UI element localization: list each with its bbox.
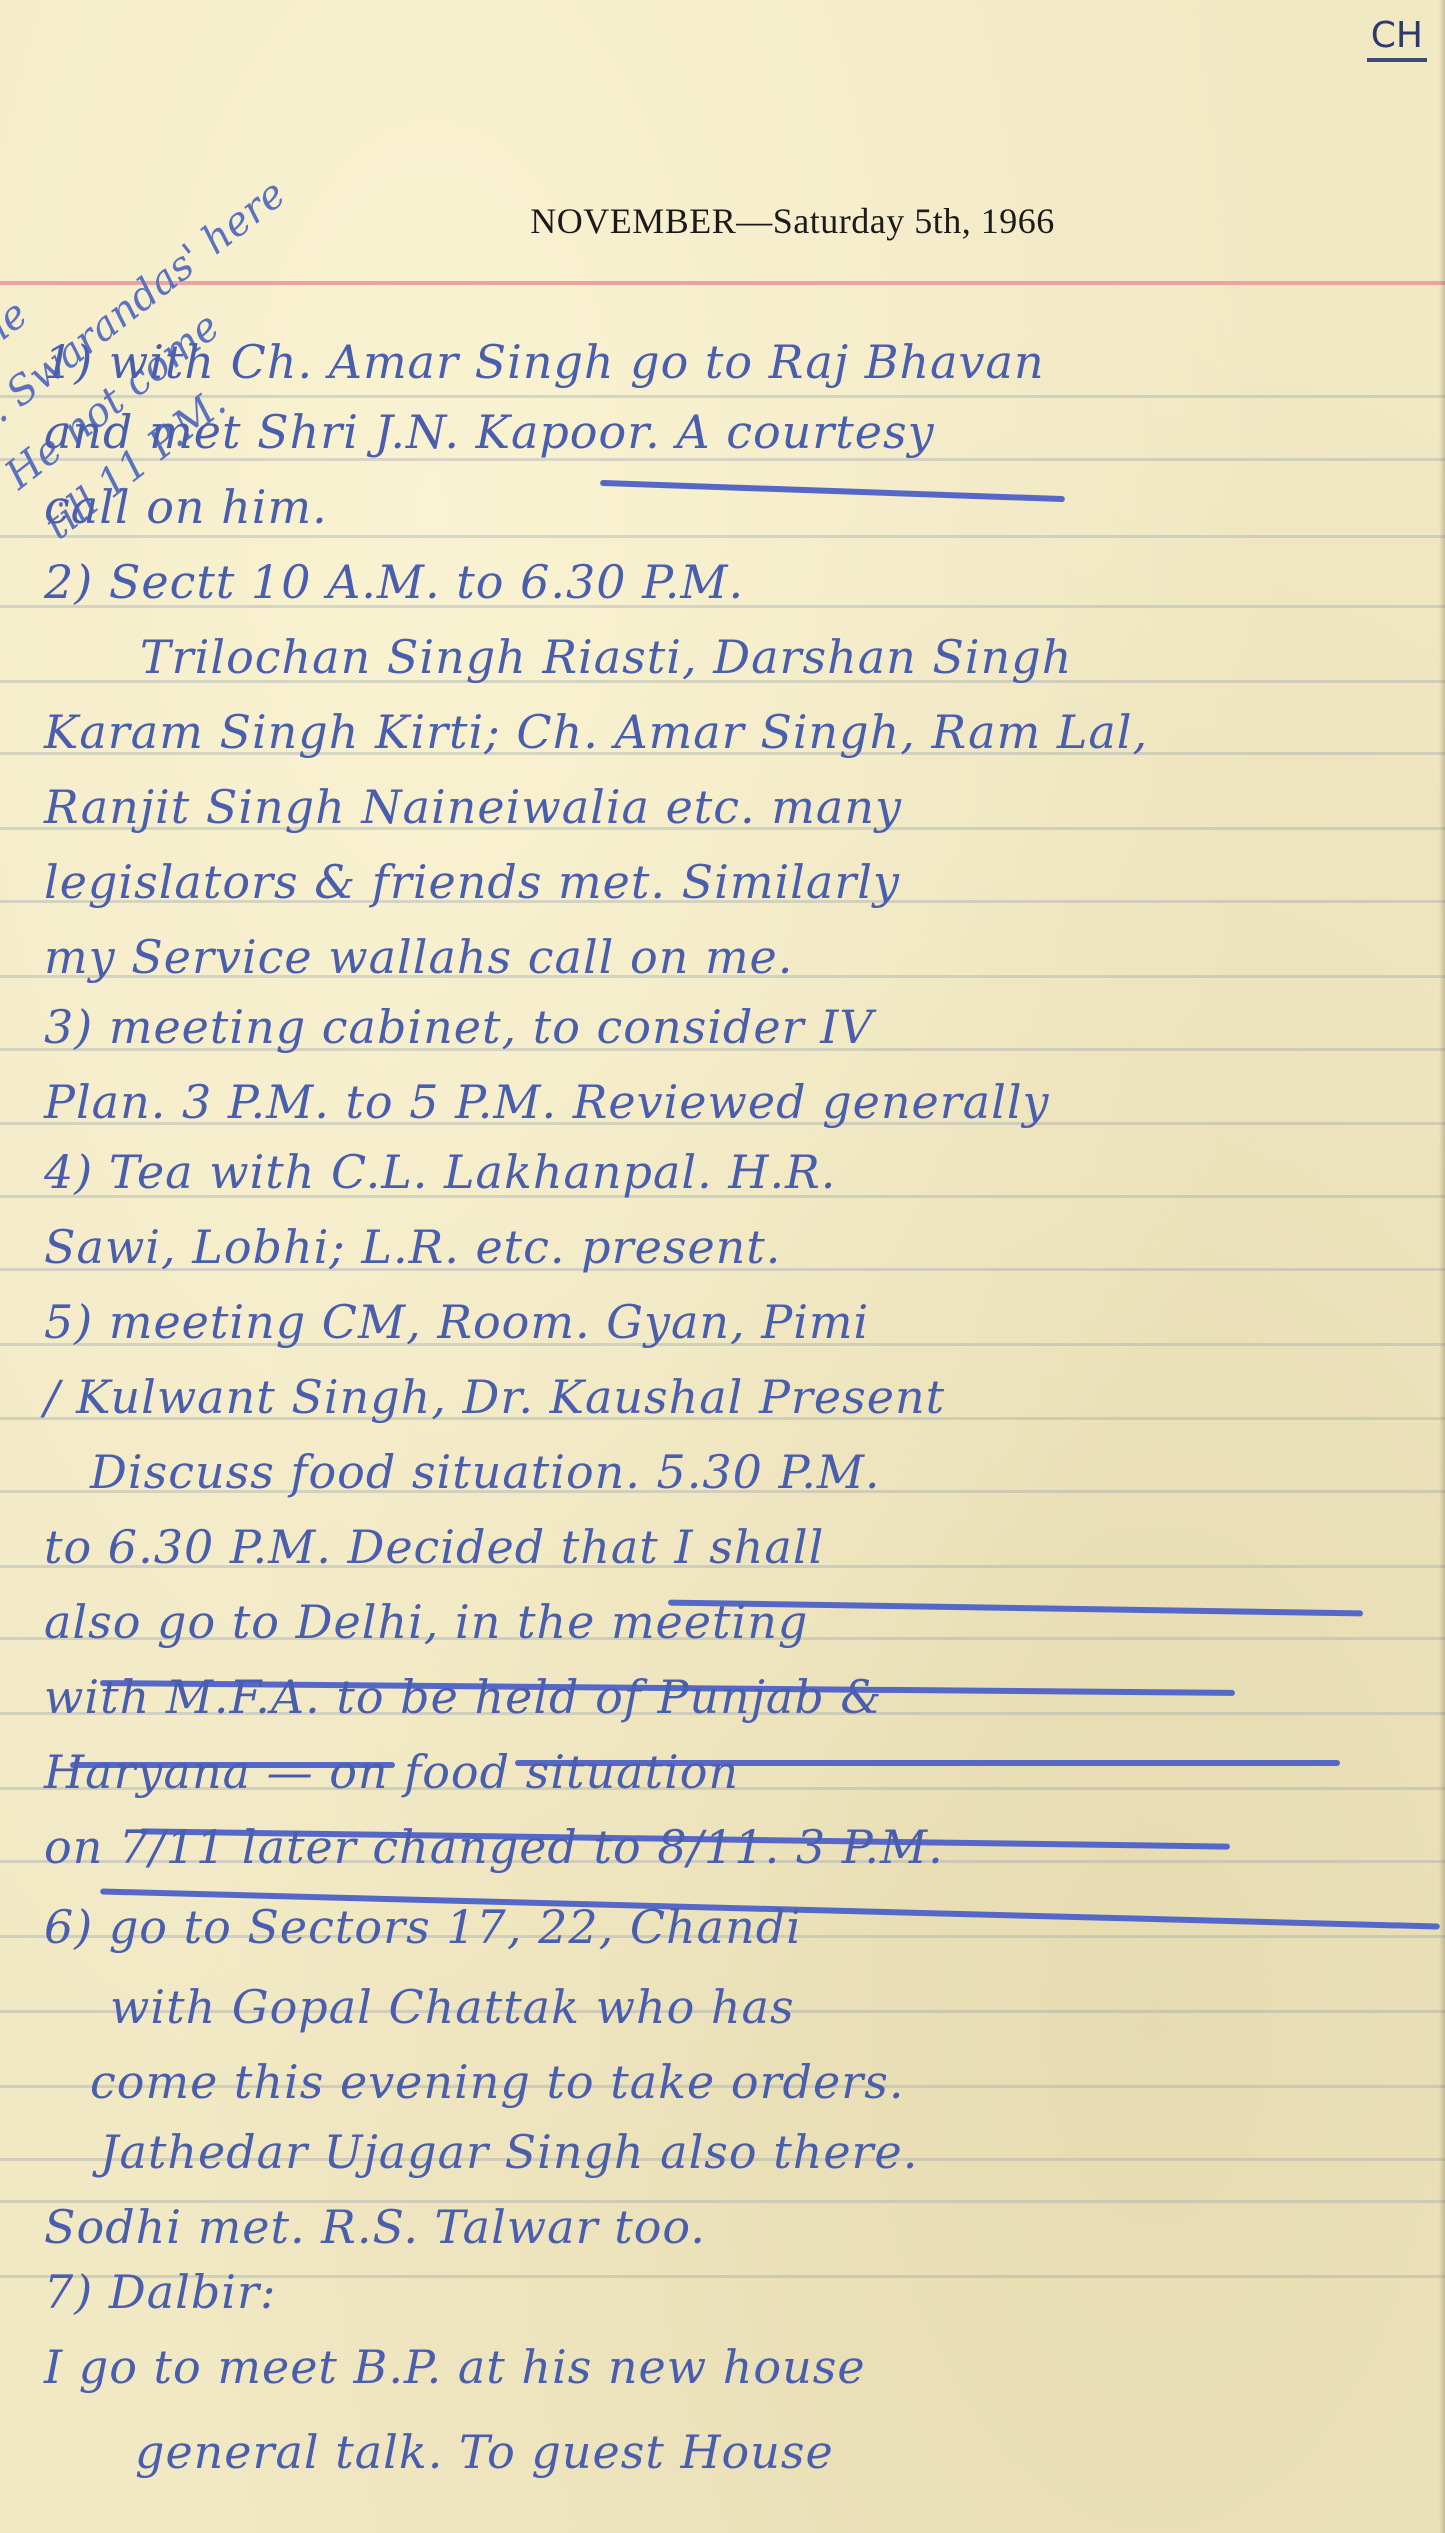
handwritten-line: to 6.30 P.M. Decided that I shall [44,1520,824,1574]
page-edge-shadow [1439,0,1445,2533]
handwritten-line: legislators & friends met. Similarly [44,855,900,909]
handwritten-line: 7) Dalbir: [44,2265,277,2319]
handwritten-line: Trilochan Singh Riasti, Darshan Singh [140,630,1072,684]
handwritten-line: Sodhi met. R.S. Talwar too. [44,2200,706,2254]
handwritten-line: 6) go to Sectors 17, 22, Chandi [44,1900,802,1954]
handwritten-line: 5) meeting CM, Room. Gyan, Pimi [44,1295,869,1349]
ruled-line [0,535,1445,538]
diagonal-margin-note: to me S. Swarandas' here He not come til… [0,0,637,556]
handwritten-line: Sawi, Lobhi; L.R. etc. present. [44,1220,781,1274]
handwritten-line: Plan. 3 P.M. to 5 P.M. Reviewed generall… [44,1075,1050,1129]
handwritten-line: 4) Tea with C.L. Lakhanpal. H.R. [44,1145,836,1199]
handwritten-line: Jathedar Ujagar Singh also there. [100,2125,918,2179]
handwritten-line: with Gopal Chattak who has [110,1980,795,2034]
diary-page: CH NOVEMBER—Saturday 5th, 1966 to me S. … [0,0,1445,2533]
handwritten-line: and met Shri J.N. Kapoor. A courtesy [44,405,935,459]
handwritten-line: Karam Singh Kirti; Ch. Amar Singh, Ram L… [44,705,1148,759]
handwritten-line: 1) with Ch. Amar Singh go to Raj Bhavan [44,335,1045,389]
handwritten-line: 2) Sectt 10 A.M. to 6.30 P.M. [44,555,744,609]
underline [600,480,1065,502]
handwritten-line: I go to meet B.P. at his new house [44,2340,866,2394]
handwritten-line: 3) meeting cabinet, to consider IV [44,1000,874,1054]
handwritten-line: also go to Delhi, in the meeting [44,1595,808,1649]
corner-initials: CH [1367,14,1427,62]
handwritten-line: Haryana — on food situation [44,1745,739,1799]
handwritten-line: my Service wallahs call on me. [44,930,793,984]
handwritten-line: come this evening to take orders. [90,2055,904,2109]
handwritten-line: call on him. [44,480,328,534]
handwritten-line: Ranjit Singh Naineiwalia etc. many [44,780,902,834]
handwritten-line: with M.F.A. to be held of Punjab & [44,1670,882,1724]
handwritten-line: on 7/11 later changed to 8/11. 3 P.M. [44,1820,944,1874]
handwritten-line: Discuss food situation. 5.30 P.M. [90,1445,881,1499]
handwritten-line: general talk. To guest House [135,2425,834,2479]
handwritten-line: / Kulwant Singh, Dr. Kaushal Present [44,1370,945,1424]
